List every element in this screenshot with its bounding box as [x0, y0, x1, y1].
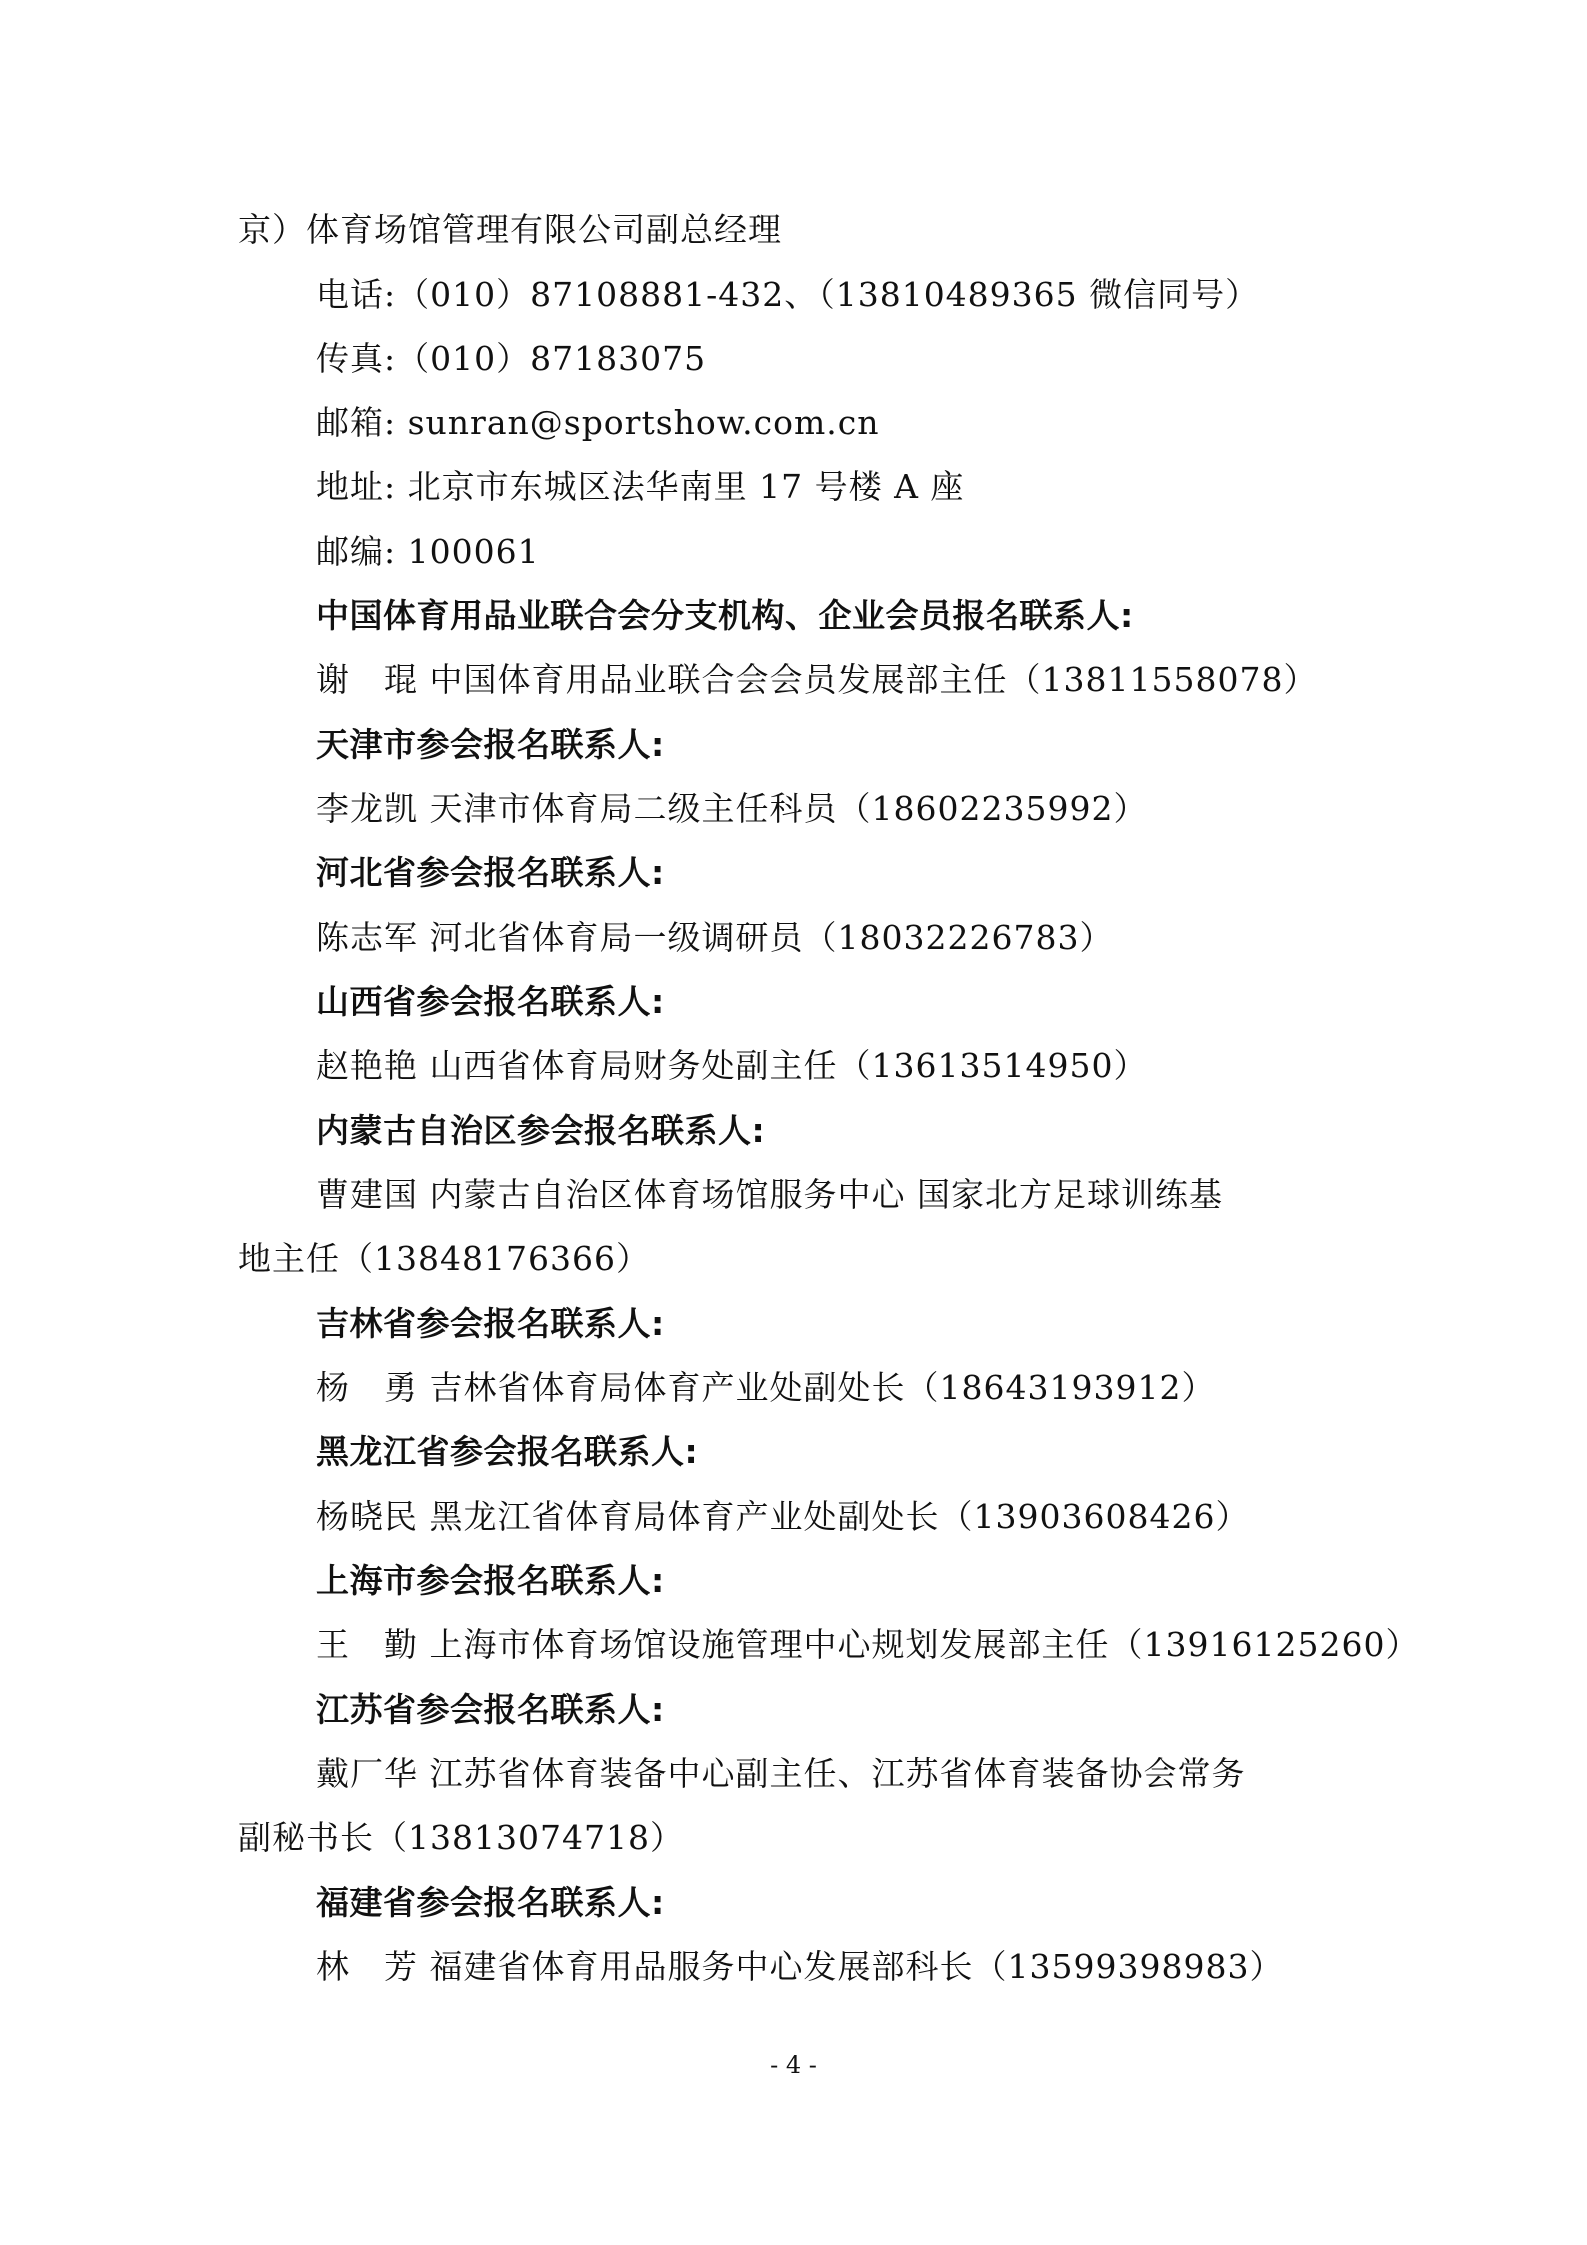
text-line-email: 邮箱: sunran@sportshow.com.cn: [316, 403, 1436, 443]
section-heading-inner-mongolia: 内蒙古自治区参会报名联系人:: [316, 1111, 1436, 1151]
contact-line-jiangsu: 戴厂华 江苏省体育装备中心副主任、江苏省体育装备协会常务: [316, 1754, 1436, 1794]
contact-line-federation: 谢 琨 中国体育用品业联合会会员发展部主任（13811558078）: [316, 660, 1436, 700]
section-heading-tianjin: 天津市参会报名联系人:: [316, 725, 1436, 765]
contact-line-heilongjiang: 杨晓民 黑龙江省体育局体育产业处副处长（13903608426）: [316, 1497, 1436, 1537]
contact-line-tianjin: 李龙凯 天津市体育局二级主任科员（18602235992）: [316, 789, 1436, 829]
section-heading-heilongjiang: 黑龙江省参会报名联系人:: [316, 1432, 1436, 1472]
contact-line-inner-mongolia: 曹建国 内蒙古自治区体育场馆服务中心 国家北方足球训练基: [316, 1175, 1436, 1215]
document-page: 京）体育场馆管理有限公司副总经理 电话:（010）87108881-432、（1…: [0, 0, 1587, 2245]
text-line-address: 地址: 北京市东城区法华南里 17 号楼 A 座: [316, 467, 1436, 507]
text-line-fax: 传真:（010）87183075: [316, 339, 1436, 379]
text-line-phone: 电话:（010）87108881-432、（13810489365 微信同号）: [316, 275, 1436, 315]
text-line-postcode: 邮编: 100061: [316, 532, 1436, 572]
contact-line-shanxi: 赵艳艳 山西省体育局财务处副主任（13613514950）: [316, 1046, 1436, 1086]
text-line-company-continuation: 京）体育场馆管理有限公司副总经理: [238, 210, 1358, 250]
contact-line-fujian: 林 芳 福建省体育用品服务中心发展部科长（13599398983）: [316, 1947, 1436, 1987]
section-heading-shanxi: 山西省参会报名联系人:: [316, 982, 1436, 1022]
section-heading-hebei: 河北省参会报名联系人:: [316, 853, 1436, 893]
contact-line-inner-mongolia-continuation: 地主任（13848176366）: [238, 1239, 1358, 1279]
contact-line-hebei: 陈志军 河北省体育局一级调研员（18032226783）: [316, 918, 1436, 958]
contact-line-jilin: 杨 勇 吉林省体育局体育产业处副处长（18643193912）: [316, 1368, 1436, 1408]
contact-line-shanghai: 王 勤 上海市体育场馆设施管理中心规划发展部主任（13916125260）: [316, 1625, 1436, 1665]
section-heading-fujian: 福建省参会报名联系人:: [316, 1883, 1436, 1923]
section-heading-shanghai: 上海市参会报名联系人:: [316, 1561, 1436, 1601]
contact-line-jiangsu-continuation: 副秘书长（13813074718）: [238, 1818, 1358, 1858]
section-heading-jiangsu: 江苏省参会报名联系人:: [316, 1690, 1436, 1730]
section-heading-jilin: 吉林省参会报名联系人:: [316, 1304, 1436, 1344]
section-heading-federation: 中国体育用品业联合会分支机构、企业会员报名联系人:: [316, 596, 1436, 636]
page-number: - 4 -: [0, 2050, 1587, 2080]
